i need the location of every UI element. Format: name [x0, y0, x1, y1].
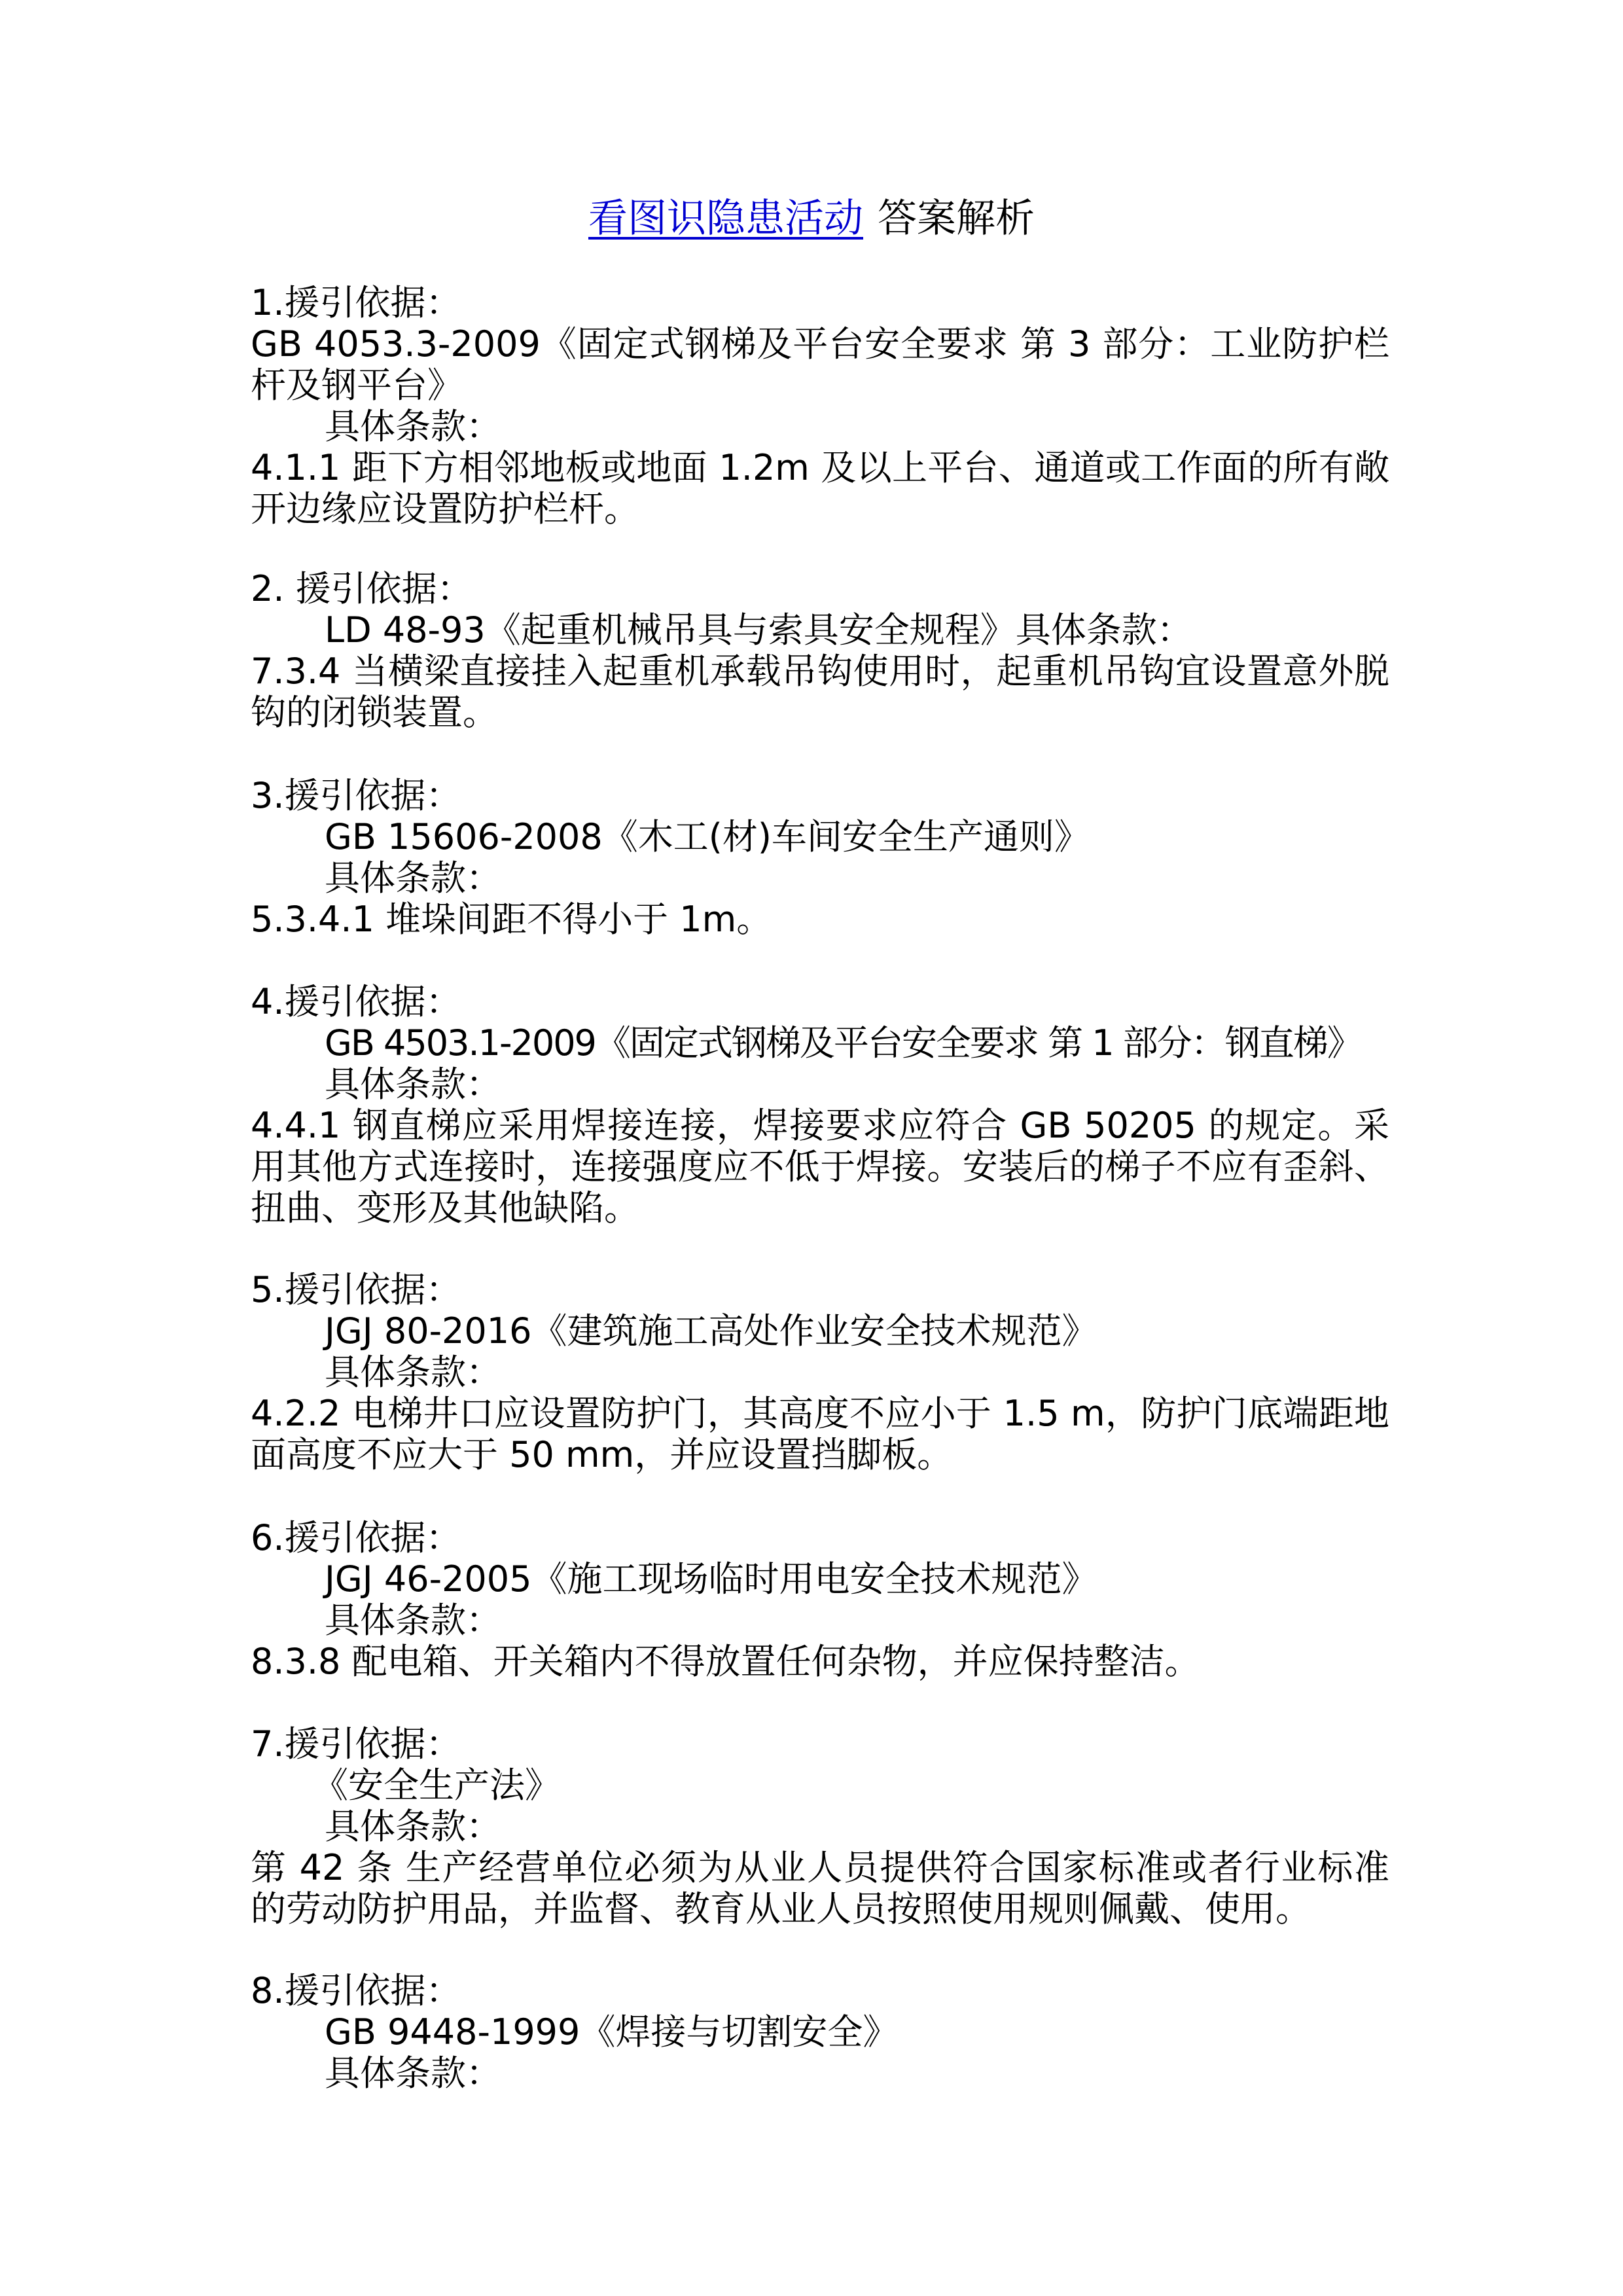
clause-text: 4.4.1 钢直梯应采用焊接连接，焊接要求应符合 GB 50205 的规定。采用… — [251, 1105, 1389, 1229]
section-6: 6.援引依据： JGJ 46-2005《施工现场临时用电安全技术规范》 具体条款… — [251, 1517, 1389, 1682]
section-3: 3.援引依据： GB 15606-2008《木工(材)车间安全生产通则》 具体条… — [251, 775, 1389, 940]
clause-label: 具体条款： — [251, 857, 1389, 899]
page-title: 看图识隐患活动答案解析 — [0, 194, 1623, 243]
section-heading: 6.援引依据： — [251, 1517, 1389, 1558]
clause-label: 具体条款： — [251, 1806, 1389, 1847]
standard-reference: JGJ 80-2016《建筑施工高处作业安全技术规范》 — [251, 1310, 1389, 1352]
section-heading: 7.援引依据： — [251, 1723, 1389, 1765]
clause-label: 具体条款： — [251, 1600, 1389, 1641]
title-link[interactable]: 看图识隐患活动 — [588, 196, 863, 242]
section-heading: 5.援引依据： — [251, 1269, 1389, 1310]
clause-text: 8.3.8 配电箱、开关箱内不得放置任何杂物，并应保持整洁。 — [251, 1641, 1389, 1682]
section-heading: 2. 援引依据： — [251, 568, 1389, 609]
clause-text: 第 42 条 生产经营单位必须为从业人员提供符合国家标准或者行业标准的劳动防护用… — [251, 1847, 1389, 1929]
standard-reference: GB 4503.1-2009《固定式钢梯及平台安全要求 第 1 部分：钢直梯》 — [251, 1022, 1389, 1064]
section-1: 1.援引依据： GB 4053.3-2009《固定式钢梯及平台安全要求 第 3 … — [251, 282, 1389, 529]
clause-text: 4.2.2 电梯井口应设置防护门，其高度不应小于 1.5 m，防护门底端距地面高… — [251, 1393, 1389, 1475]
section-heading: 3.援引依据： — [251, 775, 1389, 816]
title-subtitle: 答案解析 — [878, 196, 1035, 242]
clause-text: 4.1.1 距下方相邻地板或地面 1.2m 及以上平台、通道或工作面的所有敞开边… — [251, 447, 1389, 529]
clause-label: 具体条款： — [251, 1352, 1389, 1393]
standard-reference: 《安全生产法》 — [251, 1765, 1389, 1806]
standard-reference: JGJ 46-2005《施工现场临时用电安全技术规范》 — [251, 1558, 1389, 1600]
standard-reference: GB 9448-1999《焊接与切割安全》 — [251, 2011, 1389, 2053]
standard-reference: GB 15606-2008《木工(材)车间安全生产通则》 — [251, 816, 1389, 857]
section-5: 5.援引依据： JGJ 80-2016《建筑施工高处作业安全技术规范》 具体条款… — [251, 1269, 1389, 1475]
section-heading: 1.援引依据： — [251, 282, 1389, 323]
section-heading: 8.援引依据： — [251, 1970, 1389, 2011]
section-8: 8.援引依据： GB 9448-1999《焊接与切割安全》 具体条款： — [251, 1970, 1389, 2094]
section-4: 4.援引依据： GB 4503.1-2009《固定式钢梯及平台安全要求 第 1 … — [251, 981, 1389, 1229]
clause-text: 7.3.4 当横梁直接挂入起重机承载吊钩使用时，起重机吊钩宜设置意外脱钩的闭锁装… — [251, 651, 1389, 733]
section-7: 7.援引依据： 《安全生产法》 具体条款： 第 42 条 生产经营单位必须为从业… — [251, 1723, 1389, 1929]
clause-label: 具体条款： — [251, 2053, 1389, 2094]
clause-label: 具体条款： — [251, 1064, 1389, 1105]
clause-text: 5.3.4.1 堆垛间距不得小于 1m。 — [251, 899, 1389, 940]
section-2: 2. 援引依据： LD 48-93《起重机械吊具与索具安全规程》具体条款： 7.… — [251, 568, 1389, 733]
standard-reference: LD 48-93《起重机械吊具与索具安全规程》具体条款： — [251, 609, 1389, 651]
section-heading: 4.援引依据： — [251, 981, 1389, 1022]
standard-reference: GB 4053.3-2009《固定式钢梯及平台安全要求 第 3 部分：工业防护栏… — [251, 323, 1389, 406]
clause-label: 具体条款： — [251, 406, 1389, 447]
